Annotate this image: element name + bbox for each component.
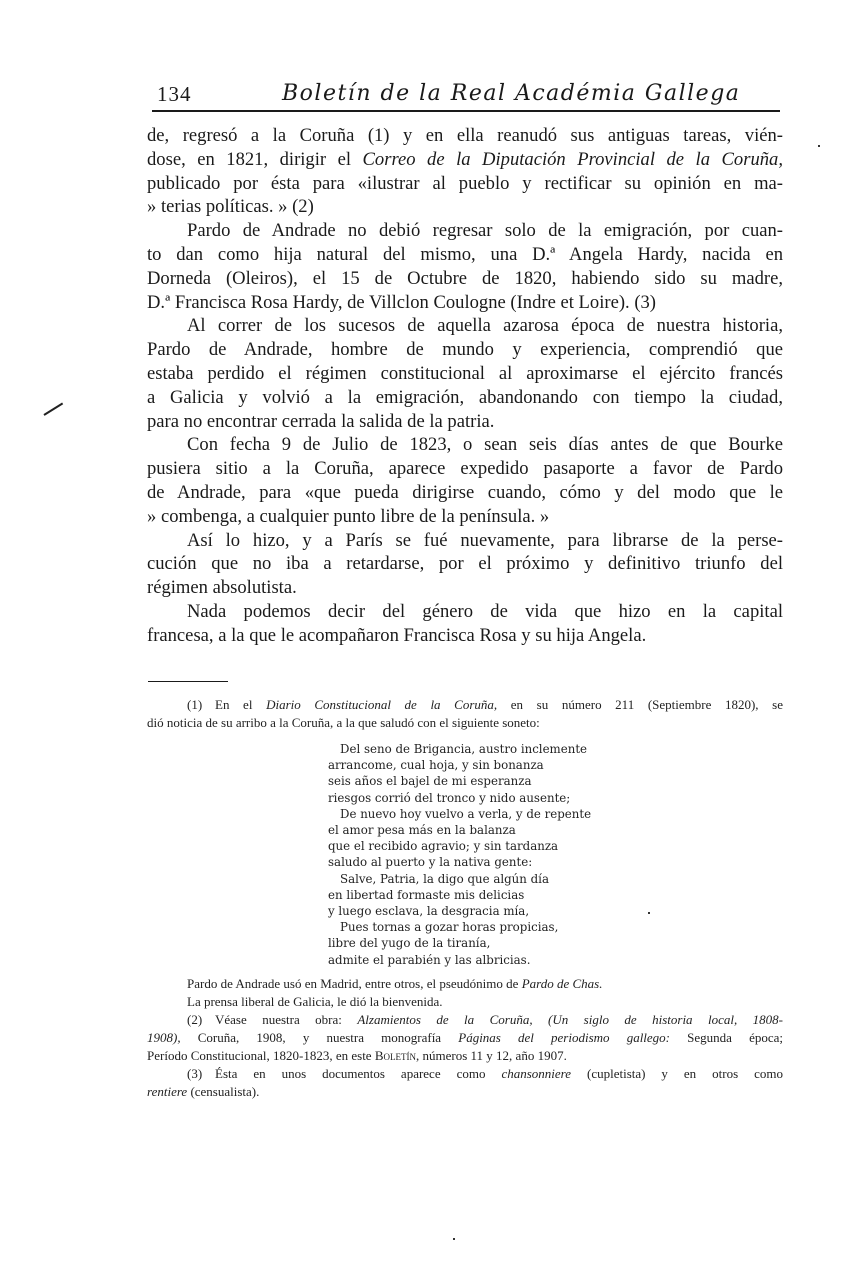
scan-speck <box>818 145 820 147</box>
body-line: D.ª Francisca Rosa Hardy, de Villclon Co… <box>147 291 783 315</box>
verse: De nuevo hoy vuelvo a verla, y de repent… <box>328 806 591 822</box>
verse: Pues tornas a gozar horas propicias, <box>328 919 591 935</box>
footnote-line: (1)En el Diario Constitucional de la Cor… <box>147 696 783 714</box>
footnote-number: (2) <box>187 1011 215 1029</box>
body-line: de, regresó a la Coruña (1) y en ella re… <box>147 124 783 148</box>
verse: arrancome, cual hoja, y sin bonanza <box>328 757 591 773</box>
body-line: to dan como hija natural del mismo, una … <box>147 243 783 267</box>
scan-speck <box>453 1238 455 1240</box>
body-line: a Galicia y volvió a la emigración, aban… <box>147 386 783 410</box>
body-line: Al correr de los sucesos de aquella azar… <box>147 314 783 338</box>
body-line: para no encontrar cerrada la salida de l… <box>147 410 783 434</box>
body-line: Pardo de Andrade, hombre de mundo y expe… <box>147 338 783 362</box>
body-line: publicado por ésta para «ilustrar al pue… <box>147 172 783 196</box>
body-line: régimen absolutista. <box>147 576 783 600</box>
verse: admite el parabién y las albricias. <box>328 952 591 968</box>
footnotes-continued: Pardo de Andrade usó en Madrid, entre ot… <box>147 975 783 1101</box>
verse: que el recibido agravio; y sin tardanza <box>328 838 591 854</box>
footnote-2-line: 1908), Coruña, 1908, y nuestra monografí… <box>147 1029 783 1047</box>
verse: el amor pesa más en la balanza <box>328 822 591 838</box>
body-line: cución que no iba a retardarse, por el p… <box>147 552 783 576</box>
verse: y luego esclava, la desgracia mía, <box>328 903 591 919</box>
sonnet: Del seno de Brigancia, austro inclemente… <box>328 741 591 968</box>
verse: saludo al puerto y la nativa gente: <box>328 854 591 870</box>
body-line: Con fecha 9 de Julio de 1823, o sean sei… <box>147 433 783 457</box>
body-line: dose, en 1821, dirigir el Correo de la D… <box>147 148 783 172</box>
verse: en libertad formaste mis delicias <box>328 887 591 903</box>
footnote-3-line: rentiere (censualista). <box>147 1083 783 1101</box>
footnote-line: dió noticia de su arribo a la Coruña, a … <box>147 714 783 732</box>
document-page: 134 Boletín de la Real Académia Gallega … <box>0 0 850 1263</box>
footnote-rule <box>148 681 228 682</box>
footnote-line: Pardo de Andrade usó en Madrid, entre ot… <box>147 975 783 993</box>
footnote-2-line: (2)Véase nuestra obra: Alzamientos de la… <box>147 1011 783 1029</box>
page-header: 134 Boletín de la Real Académia Gallega <box>152 80 780 110</box>
body-line: Así lo hizo, y a París se fué nuevamente… <box>147 529 783 553</box>
margin-pencil-mark <box>43 402 63 415</box>
body-line: estaba perdido el régimen constitucional… <box>147 362 783 386</box>
verse: libre del yugo de la tiranía, <box>328 935 591 951</box>
verse: Del seno de Brigancia, austro inclemente <box>328 741 591 757</box>
body-line: francesa, a la que le acompañaron Franci… <box>147 624 783 648</box>
scan-speck <box>648 912 650 914</box>
page-number: 134 <box>157 82 192 107</box>
body-line: de Andrade, para «que pueda dirigirse cu… <box>147 481 783 505</box>
footnote-2-line: Período Constitucional, 1820-1823, en es… <box>147 1047 783 1065</box>
body-line: Dorneda (Oleiros), el 15 de Octubre de 1… <box>147 267 783 291</box>
footnote-1: (1)En el Diario Constitucional de la Cor… <box>147 696 783 731</box>
footnote-line: La prensa liberal de Galicia, le dió la … <box>147 993 783 1011</box>
body-text: de, regresó a la Coruña (1) y en ella re… <box>147 124 783 648</box>
newspaper-title: Correo de la Diputación Provincial de la… <box>363 149 783 170</box>
verse: riesgos corrió del tronco y nido ausente… <box>328 790 591 806</box>
header-rule <box>152 110 780 112</box>
footnote-number: (3) <box>187 1065 215 1083</box>
body-line: » terias políticas. » (2) <box>147 195 783 219</box>
body-line: pusiera sitio a la Coruña, aparece exped… <box>147 457 783 481</box>
body-line: » combenga, a cualquier punto libre de l… <box>147 505 783 529</box>
body-line: Pardo de Andrade no debió regresar solo … <box>147 219 783 243</box>
running-title: Boletín de la Real Académia Gallega <box>282 81 740 106</box>
verse: seis años el bajel de mi esperanza <box>328 773 591 789</box>
footnote-3-line: (3)Ésta en unos documentos aparece como … <box>147 1065 783 1083</box>
verse: Salve, Patria, la digo que algún día <box>328 871 591 887</box>
body-line: Nada podemos decir del género de vida qu… <box>147 600 783 624</box>
footnote-number: (1) <box>187 696 215 714</box>
